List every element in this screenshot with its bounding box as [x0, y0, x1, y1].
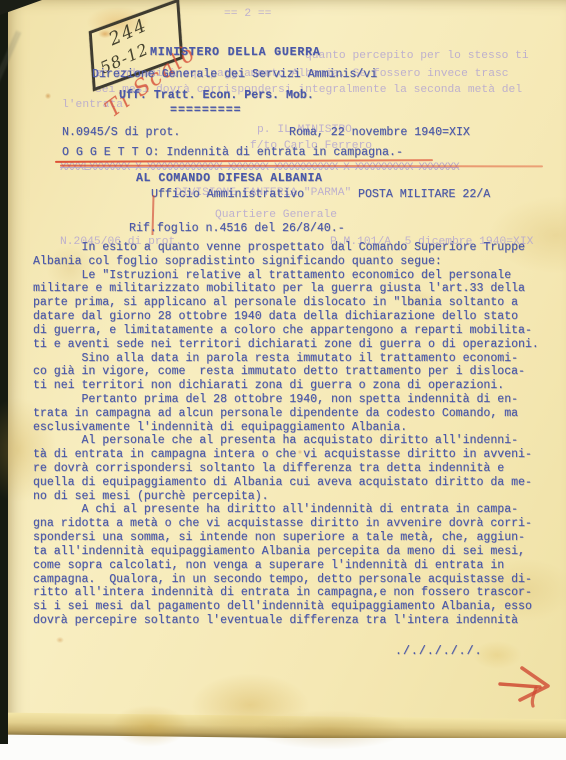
recipient-postal: POSTA MILITARE 22/A	[358, 188, 490, 202]
directorate-line: Direzione Generale dei Servizi Amminis/v…	[92, 68, 377, 82]
letter-body: In esito a quanto venne prospettato dal …	[33, 241, 539, 628]
scanned-document-page: == 2 ==quanto percepito per lo stesso ti…	[0, 0, 566, 760]
ghost-text-line: quanto percepito per lo stesso ti	[305, 50, 529, 63]
place-date: Roma, 22 novembre 1940=XIX	[289, 126, 470, 140]
reference-line: Rif.foglio n.4516 del 26/8/40.-	[129, 222, 345, 236]
divider-line: =========	[170, 104, 242, 118]
ghost-text-line: == 2 ==	[224, 8, 271, 21]
continuation-mark: ./././././.	[395, 645, 483, 659]
scan-edge-strip	[0, 0, 8, 744]
red-underline-second	[60, 164, 543, 167]
subject-line: O G G E T T O: Indennità di entrata in c…	[62, 146, 403, 160]
ghost-text-line: Quartiere Generale	[215, 209, 337, 222]
ministry-title: MINISTERO DELLA GUERRA	[150, 46, 321, 60]
recipient-office: Ufficio Amministrativo	[151, 188, 304, 202]
recipient-command: AL COMANDO DIFESA ALBANIA	[136, 172, 322, 186]
red-arrow-icon	[490, 655, 560, 715]
office-line: Uff. Tratt. Econ. Pers. Mob.	[119, 89, 314, 103]
scan-background	[0, 738, 566, 760]
protocol-number: N.0945/S di prot.	[62, 126, 180, 140]
